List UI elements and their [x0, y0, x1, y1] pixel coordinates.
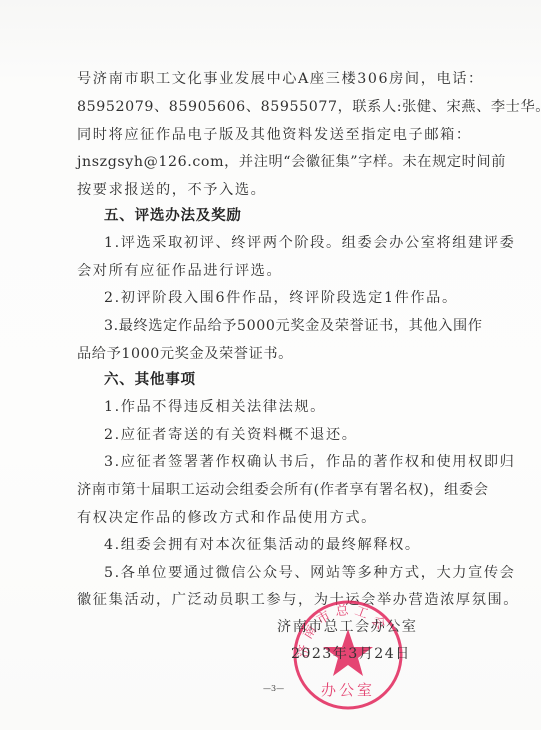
text-line: 按要求报送的，不予入选。	[77, 180, 477, 200]
text-line: 5.各单位要通过微信公众号、网站等多种方式，大力宣传会	[104, 563, 477, 583]
text-line: 徽征集活动，广泛动员职工参与，为十运会举办营造浓厚氛围。	[77, 590, 477, 610]
text-line: 有权决定作品的修改方式和作品使用方式。	[77, 508, 477, 528]
signature-organization: 济南市总工会办公室	[277, 617, 417, 637]
text-line: 3.最终选定作品给予5000元奖金及荣誉证书，其他入围作	[104, 316, 477, 336]
text-line: 3.应征者签署著作权确认书后，作品的著作权和使用权即归	[104, 452, 477, 472]
stamp-bottom-text: 办公室	[321, 681, 375, 699]
section-heading-5: 五、评选办法及奖励	[104, 206, 242, 226]
text-line: 4.组委会拥有对本次征集活动的最终解释权。	[104, 535, 477, 555]
signature-date: 2023年3月24日	[291, 644, 411, 664]
text-line: 85952079、85905606、85955077，联系人:张健、宋燕、李士华…	[77, 97, 477, 117]
text-line: 济南市第十届职工运动会组委会所有(作者享有署名权)，组委会	[77, 480, 477, 500]
text-line: 1.作品不得违反相关法律法规。	[104, 397, 477, 417]
text-line: 2.初评阶段入围6件作品，终评阶段选定1件作品。	[104, 288, 477, 308]
section-heading-6: 六、其他事项	[104, 370, 196, 390]
text-line: 同时将应征作品电子版及其他资料发送至指定电子邮箱：	[77, 125, 477, 145]
page-number: —3—	[263, 684, 284, 694]
text-line: 号济南市职工文化事业发展中心A座三楼306房间，电话：	[77, 69, 477, 89]
text-line: jnszgsyh@126.com，并注明“会徽征集”字样。未在规定时间前	[77, 152, 477, 172]
text-line: 会对所有应征作品进行评选。	[77, 261, 477, 281]
text-line: 品给予1000元奖金及荣誉证书。	[77, 344, 477, 364]
document-page: 号济南市职工文化事业发展中心A座三楼306房间，电话： 85952079、859…	[0, 0, 541, 730]
text-line: 2.应征者寄送的有关资料概不退还。	[104, 425, 477, 445]
text-line: 1.评选采取初评、终评两个阶段。组委会办公室将组建评委	[104, 233, 477, 253]
